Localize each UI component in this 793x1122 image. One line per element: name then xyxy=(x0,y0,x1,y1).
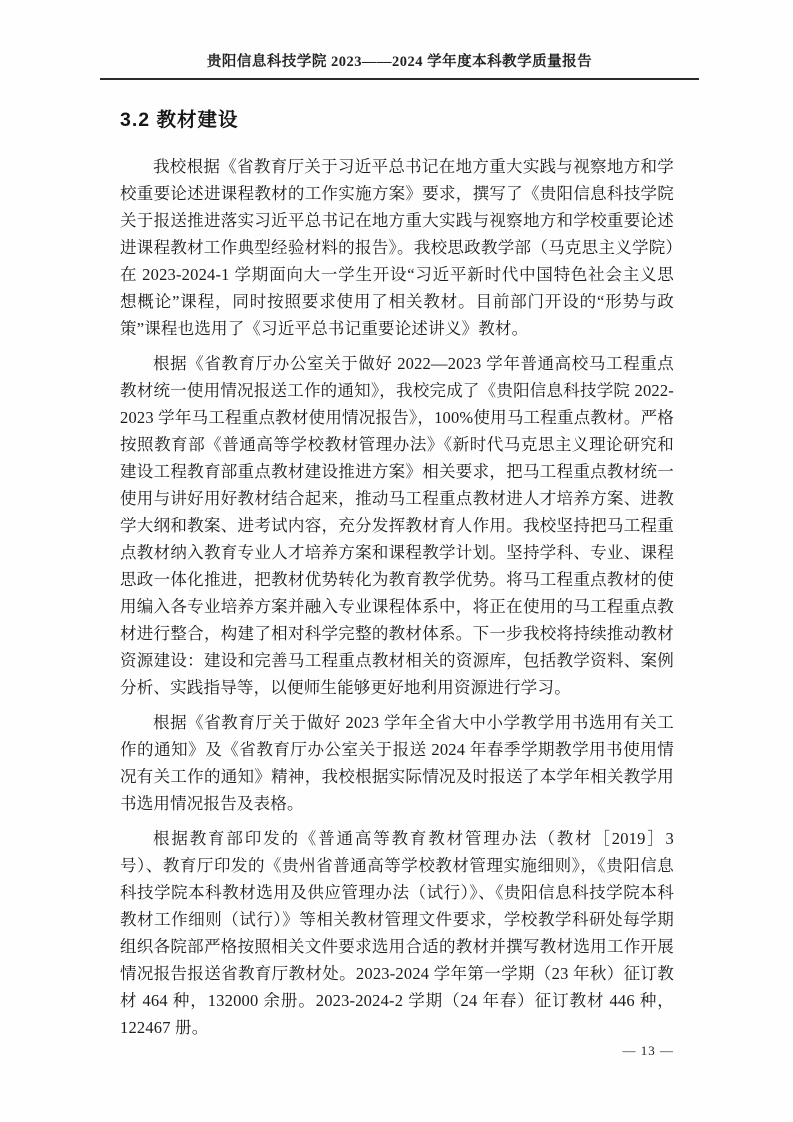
page-header: 贵阳信息科技学院 2023——2024 学年度本科教学质量报告 xyxy=(100,50,699,80)
page-number: — 13 — xyxy=(623,1043,675,1058)
paragraph-teaching-book-selection: 根据《省教育厅关于做好 2023 学年全省大中小学教学用书选用有关工作的通知》及… xyxy=(120,709,674,817)
header-title: 贵阳信息科技学院 2023——2024 学年度本科教学质量报告 xyxy=(100,50,699,71)
page-footer: — 13 — xyxy=(623,1042,675,1060)
paragraph-ma-project-textbooks: 根据《省教育厅办公室关于做好 2022—2023 学年普通高校马工程重点教材统一… xyxy=(120,350,674,701)
section-heading: 3.2 教材建设 xyxy=(120,104,674,132)
paragraph-textbook-management: 根据教育部印发的《普通高等教育教材管理办法（教材［2019］3 号）、教育厅印发… xyxy=(120,825,674,1041)
paragraph-textbook-implementation: 我校根据《省教育厅关于习近平总书记在地方重大实践与视察地方和学校重要论述进课程教… xyxy=(120,153,674,342)
page-content: 3.2 教材建设 我校根据《省教育厅关于习近平总书记在地方重大实践与视察地方和学… xyxy=(120,104,674,1049)
document-page: 贵阳信息科技学院 2023——2024 学年度本科教学质量报告 3.2 教材建设… xyxy=(0,0,793,1122)
